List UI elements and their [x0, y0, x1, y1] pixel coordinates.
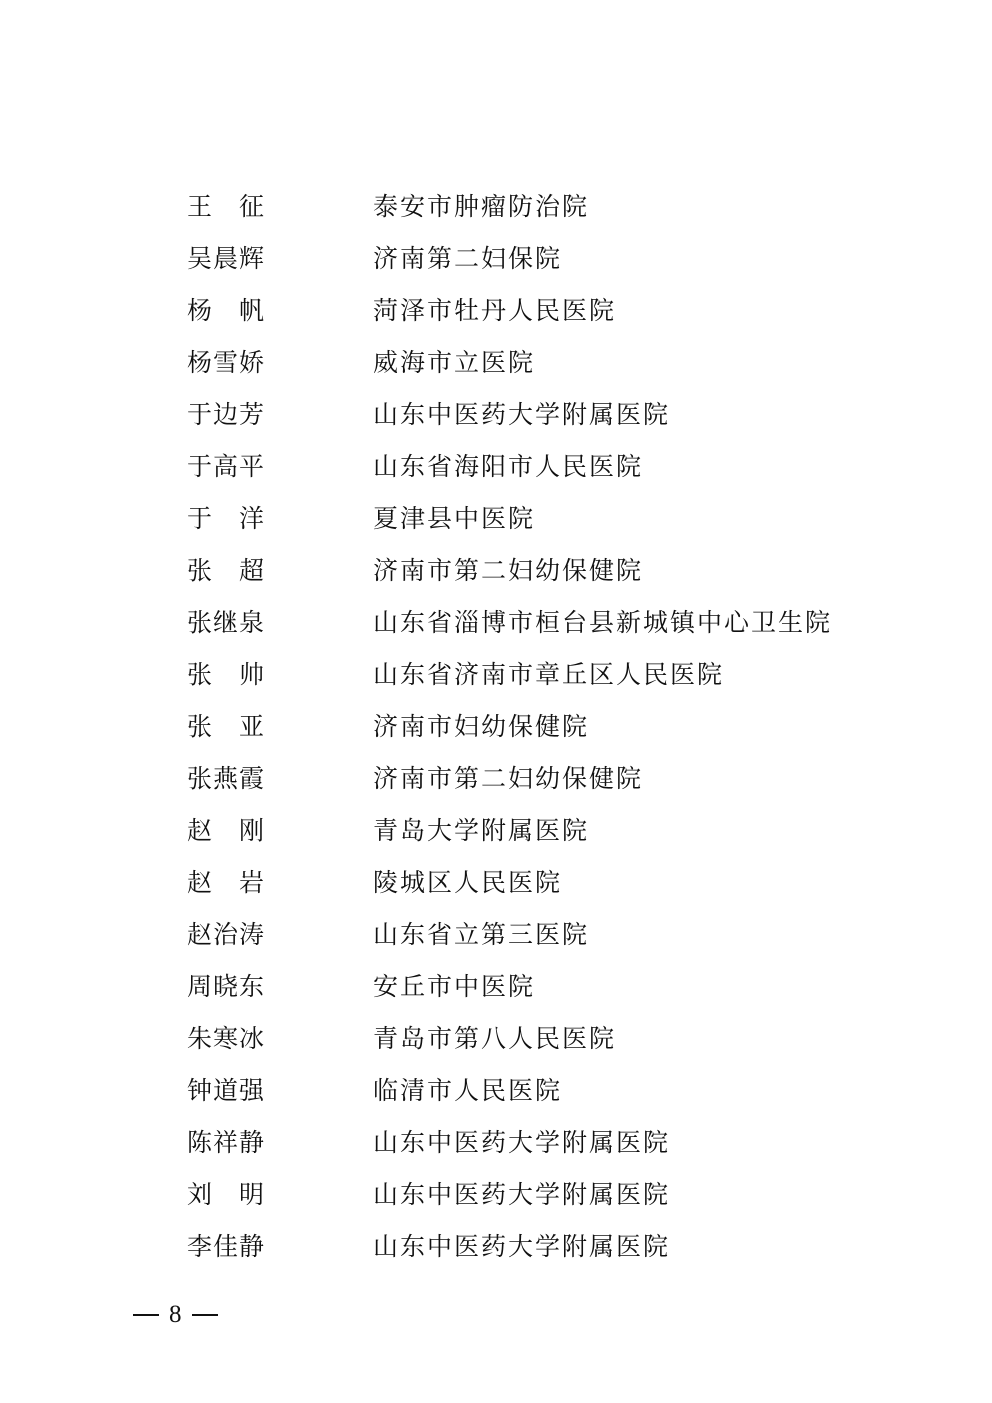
- person-name: 钟道强: [187, 1071, 373, 1111]
- name-char: 岩: [239, 863, 265, 903]
- list-item: 张燕霞 济南市第二妇幼保健院: [187, 753, 887, 805]
- hospital-name: 泰安市肿瘤防治院: [373, 187, 589, 227]
- person-name: 刘 明: [187, 1175, 265, 1215]
- list-item: 李佳静 山东中医药大学附属医院: [187, 1221, 887, 1273]
- dash-left: [133, 1314, 159, 1316]
- person-name: 周晓东: [187, 967, 373, 1007]
- list-item: 于 洋 夏津县中医院: [187, 493, 887, 545]
- list-item: 吴晨辉 济南第二妇保院: [187, 233, 887, 285]
- hospital-name: 山东省淄博市桓台县新城镇中心卫生院: [373, 603, 832, 643]
- list-item: 赵 岩 陵城区人民医院: [187, 857, 887, 909]
- hospital-name: 山东中医药大学附属医院: [373, 395, 670, 435]
- list-item: 杨雪娇 威海市立医院: [187, 337, 887, 389]
- hospital-name: 临清市人民医院: [373, 1071, 562, 1111]
- person-name: 吴晨辉: [187, 239, 373, 279]
- hospital-name: 夏津县中医院: [373, 499, 535, 539]
- list-item: 朱寒冰 青岛市第八人民医院: [187, 1013, 887, 1065]
- dash-right: [192, 1314, 218, 1316]
- list-item: 张继泉 山东省淄博市桓台县新城镇中心卫生院: [187, 597, 887, 649]
- name-char: 张: [187, 551, 213, 591]
- person-name: 王 征: [187, 187, 265, 227]
- hospital-name: 菏泽市牡丹人民医院: [373, 291, 616, 331]
- hospital-name: 山东中医药大学附属医院: [373, 1227, 670, 1267]
- person-name: 赵 刚: [187, 811, 265, 851]
- person-name: 于高平: [187, 447, 373, 487]
- name-char: 王: [187, 187, 213, 227]
- hospital-name: 济南市妇幼保健院: [373, 707, 589, 747]
- name-char: 于: [187, 499, 213, 539]
- list-item: 于高平 山东省海阳市人民医院: [187, 441, 887, 493]
- hospital-name: 济南市第二妇幼保健院: [373, 551, 643, 591]
- name-char: 赵: [187, 863, 213, 903]
- hospital-name: 山东中医药大学附属医院: [373, 1175, 670, 1215]
- person-name: 赵 岩: [187, 863, 265, 903]
- name-char: 洋: [239, 499, 265, 539]
- name-char: 刘: [187, 1175, 213, 1215]
- list-item: 赵治涛 山东省立第三医院: [187, 909, 887, 961]
- hospital-name: 陵城区人民医院: [373, 863, 562, 903]
- person-name: 杨 帆: [187, 291, 265, 331]
- list-item: 陈祥静 山东中医药大学附属医院: [187, 1117, 887, 1169]
- list-item: 于边芳 山东中医药大学附属医院: [187, 389, 887, 441]
- name-char: 超: [239, 551, 265, 591]
- name-char: 征: [239, 187, 265, 227]
- page-number: 8: [133, 1298, 218, 1332]
- hospital-name: 青岛大学附属医院: [373, 811, 589, 851]
- person-name: 张 帅: [187, 655, 265, 695]
- name-char: 帅: [239, 655, 265, 695]
- person-name: 张 亚: [187, 707, 265, 747]
- name-char: 刚: [239, 811, 265, 851]
- hospital-name: 山东中医药大学附属医院: [373, 1123, 670, 1163]
- person-name: 张 超: [187, 551, 265, 591]
- document-page: 王 征 泰安市肿瘤防治院 吴晨辉 济南第二妇保院 杨 帆 菏泽市牡丹人民医院 杨…: [0, 0, 992, 1403]
- hospital-name: 安丘市中医院: [373, 967, 535, 1007]
- person-name: 李佳静: [187, 1227, 373, 1267]
- list-item: 杨 帆 菏泽市牡丹人民医院: [187, 285, 887, 337]
- list-item: 张 亚 济南市妇幼保健院: [187, 701, 887, 753]
- name-char: 张: [187, 655, 213, 695]
- person-name: 朱寒冰: [187, 1019, 373, 1059]
- name-char: 张: [187, 707, 213, 747]
- name-char: 赵: [187, 811, 213, 851]
- name-char: 杨: [187, 291, 213, 331]
- hospital-name: 威海市立医院: [373, 343, 535, 383]
- list-item: 王 征 泰安市肿瘤防治院: [187, 181, 887, 233]
- list-item: 周晓东 安丘市中医院: [187, 961, 887, 1013]
- person-name: 于边芳: [187, 395, 373, 435]
- hospital-name: 济南市第二妇幼保健院: [373, 759, 643, 799]
- hospital-name: 青岛市第八人民医院: [373, 1019, 616, 1059]
- list-item: 钟道强 临清市人民医院: [187, 1065, 887, 1117]
- person-name: 陈祥静: [187, 1123, 373, 1163]
- hospital-name: 济南第二妇保院: [373, 239, 562, 279]
- name-list: 王 征 泰安市肿瘤防治院 吴晨辉 济南第二妇保院 杨 帆 菏泽市牡丹人民医院 杨…: [187, 181, 887, 1273]
- name-char: 帆: [239, 291, 265, 331]
- list-item: 赵 刚 青岛大学附属医院: [187, 805, 887, 857]
- hospital-name: 山东省济南市章丘区人民医院: [373, 655, 724, 695]
- person-name: 于 洋: [187, 499, 265, 539]
- list-item: 张 超 济南市第二妇幼保健院: [187, 545, 887, 597]
- person-name: 张燕霞: [187, 759, 373, 799]
- person-name: 杨雪娇: [187, 343, 373, 383]
- hospital-name: 山东省立第三医院: [373, 915, 589, 955]
- hospital-name: 山东省海阳市人民医院: [373, 447, 643, 487]
- list-item: 张 帅 山东省济南市章丘区人民医院: [187, 649, 887, 701]
- name-char: 明: [239, 1175, 265, 1215]
- person-name: 赵治涛: [187, 915, 373, 955]
- list-item: 刘 明 山东中医药大学附属医院: [187, 1169, 887, 1221]
- page-number-value: 8: [169, 1298, 182, 1332]
- name-char: 亚: [239, 707, 265, 747]
- person-name: 张继泉: [187, 603, 373, 643]
